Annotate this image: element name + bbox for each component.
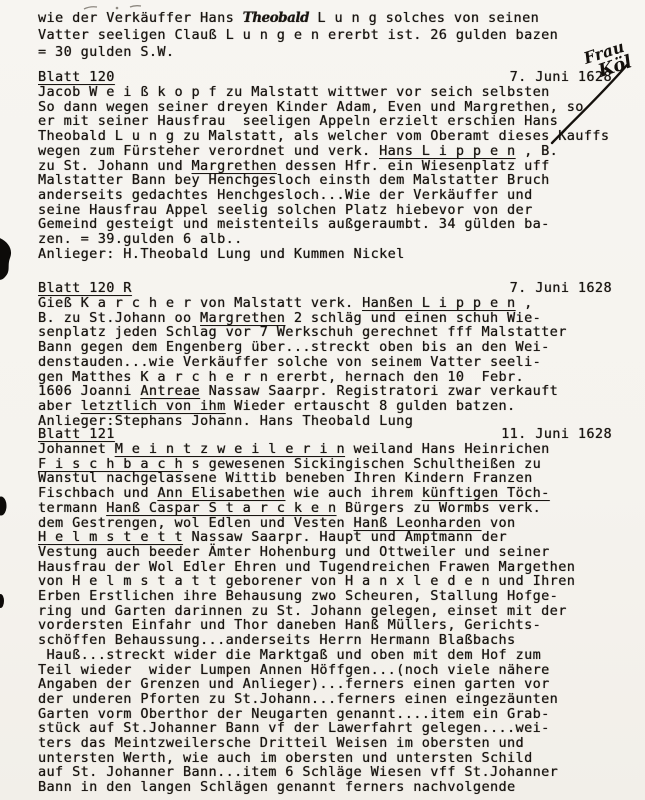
entry-date: 11. Juni 1628 — [501, 427, 612, 442]
text-line: zu St. Johann und Margrethen dessen Hfr.… — [38, 159, 612, 174]
pencil-mark — [130, 6, 141, 7]
handwritten-word: Theobald — [243, 10, 309, 26]
text-line: Vatter seeligen Clauß L u n g e n ererbt… — [38, 27, 612, 44]
text-line: dem Gestrengen, wol Edlen und Vesten Han… — [38, 516, 612, 531]
text-line: Jacob W e i ß k o p f zu Malstatt wittwe… — [38, 85, 612, 100]
text-line: senplatz jeden Schlag vor 7 Werkschuh ge… — [38, 325, 612, 340]
text-line: anderseits gedachtes Henchgesloch...Wie … — [38, 188, 612, 203]
entry-heading: Blatt 120 — [38, 70, 115, 85]
text-line: Gieß K a r c h e r von Malstatt verk. Ha… — [38, 296, 612, 311]
text-line: Anlieger: H.Theobald Lung und Kummen Nic… — [38, 247, 612, 262]
text-line: Garten vorm Oberthor der Neugarten genan… — [38, 707, 612, 722]
text-line: Malstatter Bann bey Henchgesloch einsth … — [38, 173, 612, 188]
text-line: 1606 Joanni Antreae Nassaw Saarpr. Regis… — [38, 384, 612, 399]
entry-blatt-121: Blatt 121 11. Juni 1628 Johannet M e i n… — [38, 427, 612, 795]
text-line: wie der Verkäuffer Hans Theobald L u n g… — [38, 10, 612, 27]
text-line: Bann in den langen Schlägen genannt fern… — [38, 780, 612, 795]
entry-date: 7. Juni 1628 — [510, 281, 612, 296]
text-line: von H e l m s t a t t geborener von H a … — [38, 574, 612, 589]
text-line: er mit seiner Hausfrau seeligen Appeln e… — [38, 114, 612, 129]
text-line: Fischbach und Ann Elisabethen wie auch i… — [38, 486, 612, 501]
text-line: der underen Pforten zu St.Johann...ferne… — [38, 692, 612, 707]
scanned-document-page: wie der Verkäuffer Hans Theobald L u n g… — [0, 0, 645, 800]
text-line: = 30 gulden S.W. — [38, 44, 612, 61]
text-line: gen Matthes K a r c h e r n ererbt, hern… — [38, 370, 612, 385]
text-line: Teil wieder wider Lumpen Annen Höffgen..… — [38, 663, 612, 678]
text-line: termann Hanß Caspar S t a r c k e n Bürg… — [38, 501, 612, 516]
text-line: B. zu St.Johann oo Margrethen 2 schläg u… — [38, 311, 612, 326]
text-line: Hausfrau der Wol Edler Ehren und Tugendr… — [38, 560, 612, 575]
entry-blatt-120: Blatt 120 7. Juni 1628 Jacob W e i ß k o… — [38, 70, 612, 261]
text-line: F i s c h b a c h s gewesenen Sickingisc… — [38, 457, 612, 472]
text-line: auf St. Johanner Bann...item 6 Schläge W… — [38, 765, 612, 780]
intro-paragraph: wie der Verkäuffer Hans Theobald L u n g… — [38, 10, 612, 62]
entry-heading-row: Blatt 120 7. Juni 1628 — [38, 70, 612, 85]
ink-blob — [0, 236, 11, 280]
text-line: seine Hausfrau Appel seelig solchen Plat… — [38, 203, 612, 218]
text-line: ters das Meintzweilersche Dritteil Weise… — [38, 736, 612, 751]
entry-heading-row: Blatt 120 R 7. Juni 1628 — [38, 281, 612, 296]
text-line: wegen zum Fürsteher verordnet und verk. … — [38, 144, 612, 159]
pencil-mark — [116, 7, 119, 10]
entry-heading: Blatt 121 — [38, 427, 115, 442]
text-line: Bann gegen dem Engenberg über...streckt … — [38, 340, 612, 355]
text-line: Theobald L u n g zu Malstatt, als welche… — [38, 129, 612, 144]
ink-blob — [0, 594, 4, 608]
text-line: ring und Garten darinnen zu St. Johann g… — [38, 604, 612, 619]
entry-heading: Blatt 120 R — [38, 281, 132, 296]
text-line: stück auf St.Johanner Bann vf der Lawerf… — [38, 721, 612, 736]
ink-blob — [0, 497, 7, 516]
text-line: aber letztlich von ihm Wieder ertauscht … — [38, 399, 612, 414]
text-line: denstauden...wie Verkäuffer solche von s… — [38, 355, 612, 370]
entry-blatt-120-r: Blatt 120 R 7. Juni 1628 Gieß K a r c h … — [38, 281, 612, 428]
entry-body: Jacob W e i ß k o p f zu Malstatt wittwe… — [38, 85, 612, 261]
pencil-mark — [84, 7, 97, 9]
text-line: Gemeind gesteigt und meistenteils außger… — [38, 217, 612, 232]
text-line: Wanstul nachgelassene Wittib beneben Ihr… — [38, 471, 612, 486]
text-line: Vestung auch beeder Ämter Hohenburg und … — [38, 545, 612, 560]
text-line: H e l m s t e t t Nassaw Saarpr. Haupt u… — [38, 530, 612, 545]
text-line: Angaben der Grenzen und Anlieger)...fern… — [38, 677, 612, 692]
text-line: Johannet M e i n t z w e i l e r i n wei… — [38, 442, 612, 457]
text-line: vordersten Einfahr und Thor daneben Hanß… — [38, 618, 612, 633]
text-line: Hauß...streckt wider die Marktgaß und ob… — [38, 648, 612, 663]
text-line: zen. = 39.gulden 6 alb.. — [38, 232, 612, 247]
text-line: Erben Erstlichen ihre Behausung zwo Sche… — [38, 589, 612, 604]
text-line: untersten Werth, wie auch im obersten un… — [38, 751, 612, 766]
text-line: schöffen Behaussung...anderseits Herrn H… — [38, 633, 612, 648]
text-line: So dann wegen seiner dreyen Kinder Adam,… — [38, 100, 612, 115]
entry-body: Johannet M e i n t z w e i l e r i n wei… — [38, 442, 612, 795]
entry-heading-row: Blatt 121 11. Juni 1628 — [38, 427, 612, 442]
entry-body: Gieß K a r c h e r von Malstatt verk. Ha… — [38, 296, 612, 428]
